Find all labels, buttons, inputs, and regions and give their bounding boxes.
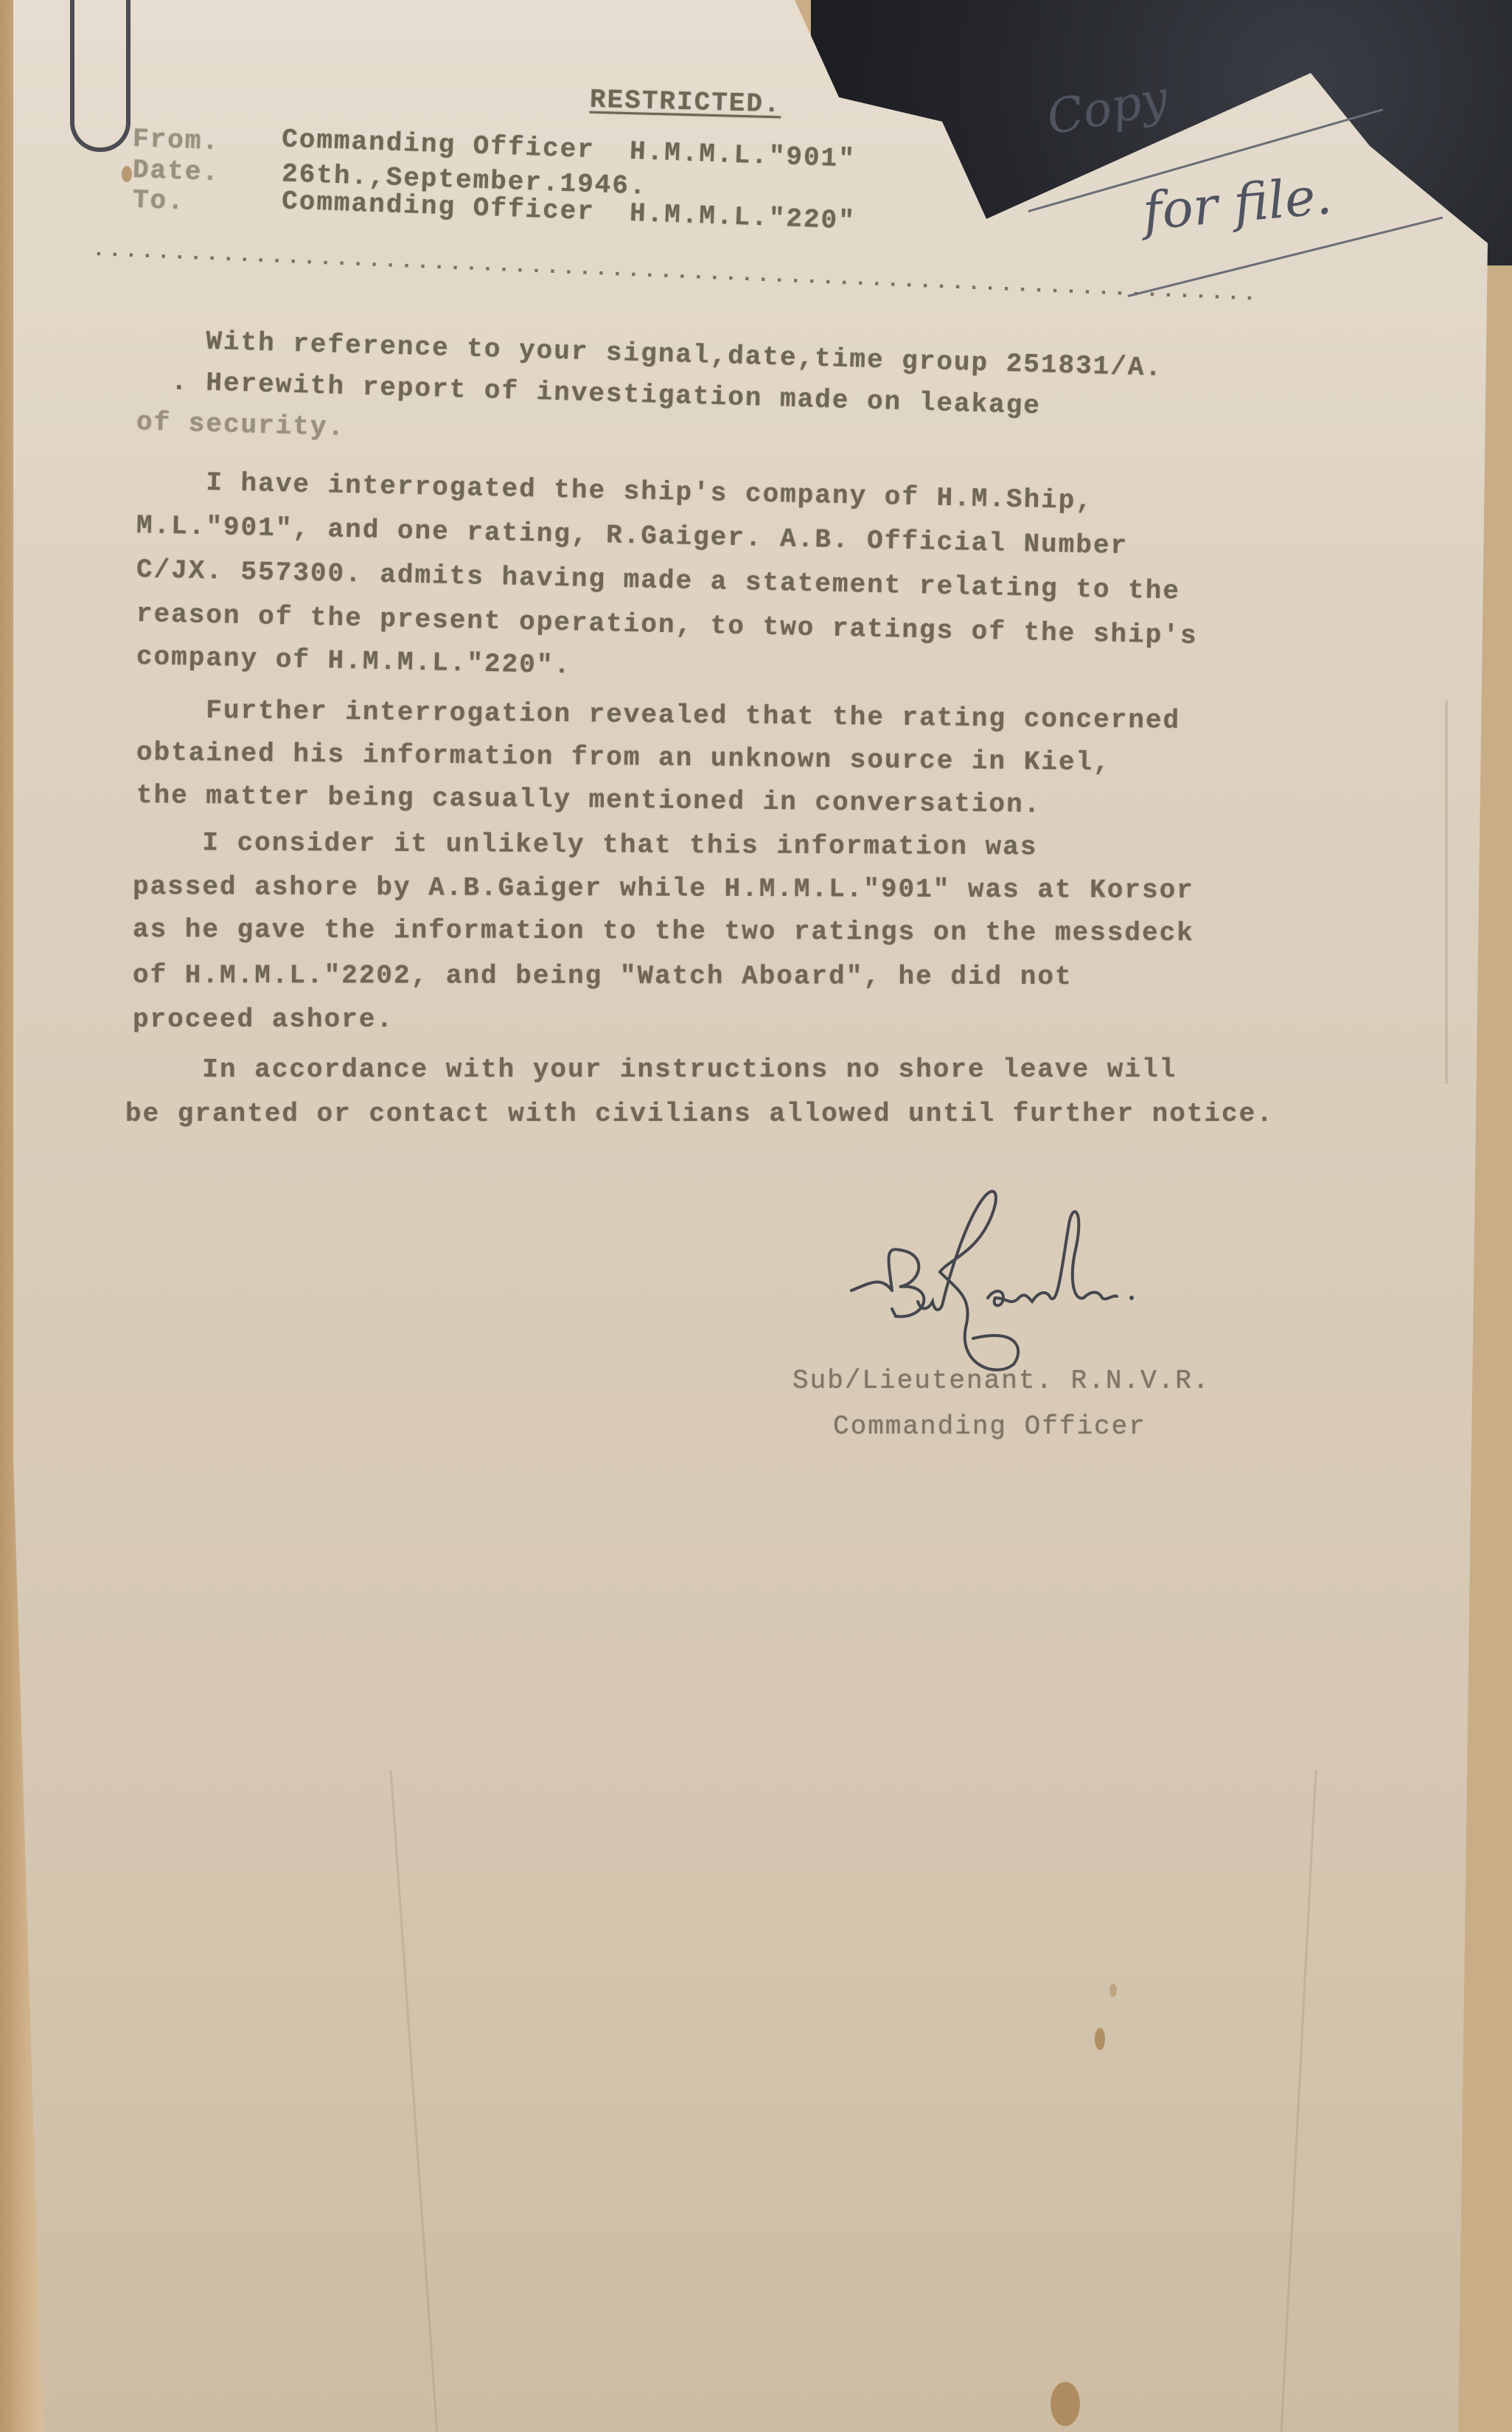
rust-stain xyxy=(122,166,132,182)
rust-stain xyxy=(1109,1984,1117,1997)
body-line: of H.M.M.L."2202, and being "Watch Aboar… xyxy=(133,960,1073,992)
body-line: In accordance with your instructions no … xyxy=(133,1055,1177,1085)
rust-stain xyxy=(1051,2382,1080,2426)
body-line: passed ashore by A.B.Gaiger while H.M.M.… xyxy=(133,872,1194,906)
signatory-rank: Sub/Lieutenant. R.N.V.R. xyxy=(792,1366,1210,1396)
rust-stain xyxy=(1095,2028,1105,2050)
from-label: From. xyxy=(132,124,220,157)
signatory-title: Commanding Officer xyxy=(833,1411,1146,1442)
body-line: be granted or contact with civilians all… xyxy=(125,1099,1274,1129)
body-line: I consider it unlikely that this informa… xyxy=(133,827,1038,862)
to-label: To. xyxy=(132,185,185,217)
paper-clip xyxy=(70,0,130,152)
paper-crease xyxy=(1445,701,1448,1084)
body-line: as he gave the information to the two ra… xyxy=(133,914,1194,948)
body-line: proceed ashore. xyxy=(133,1004,394,1035)
date-label: Date. xyxy=(132,155,220,188)
signature-icon xyxy=(848,1180,1216,1386)
classification-heading: RESTRICTED. xyxy=(590,85,782,120)
body-line: of security. xyxy=(136,407,345,443)
